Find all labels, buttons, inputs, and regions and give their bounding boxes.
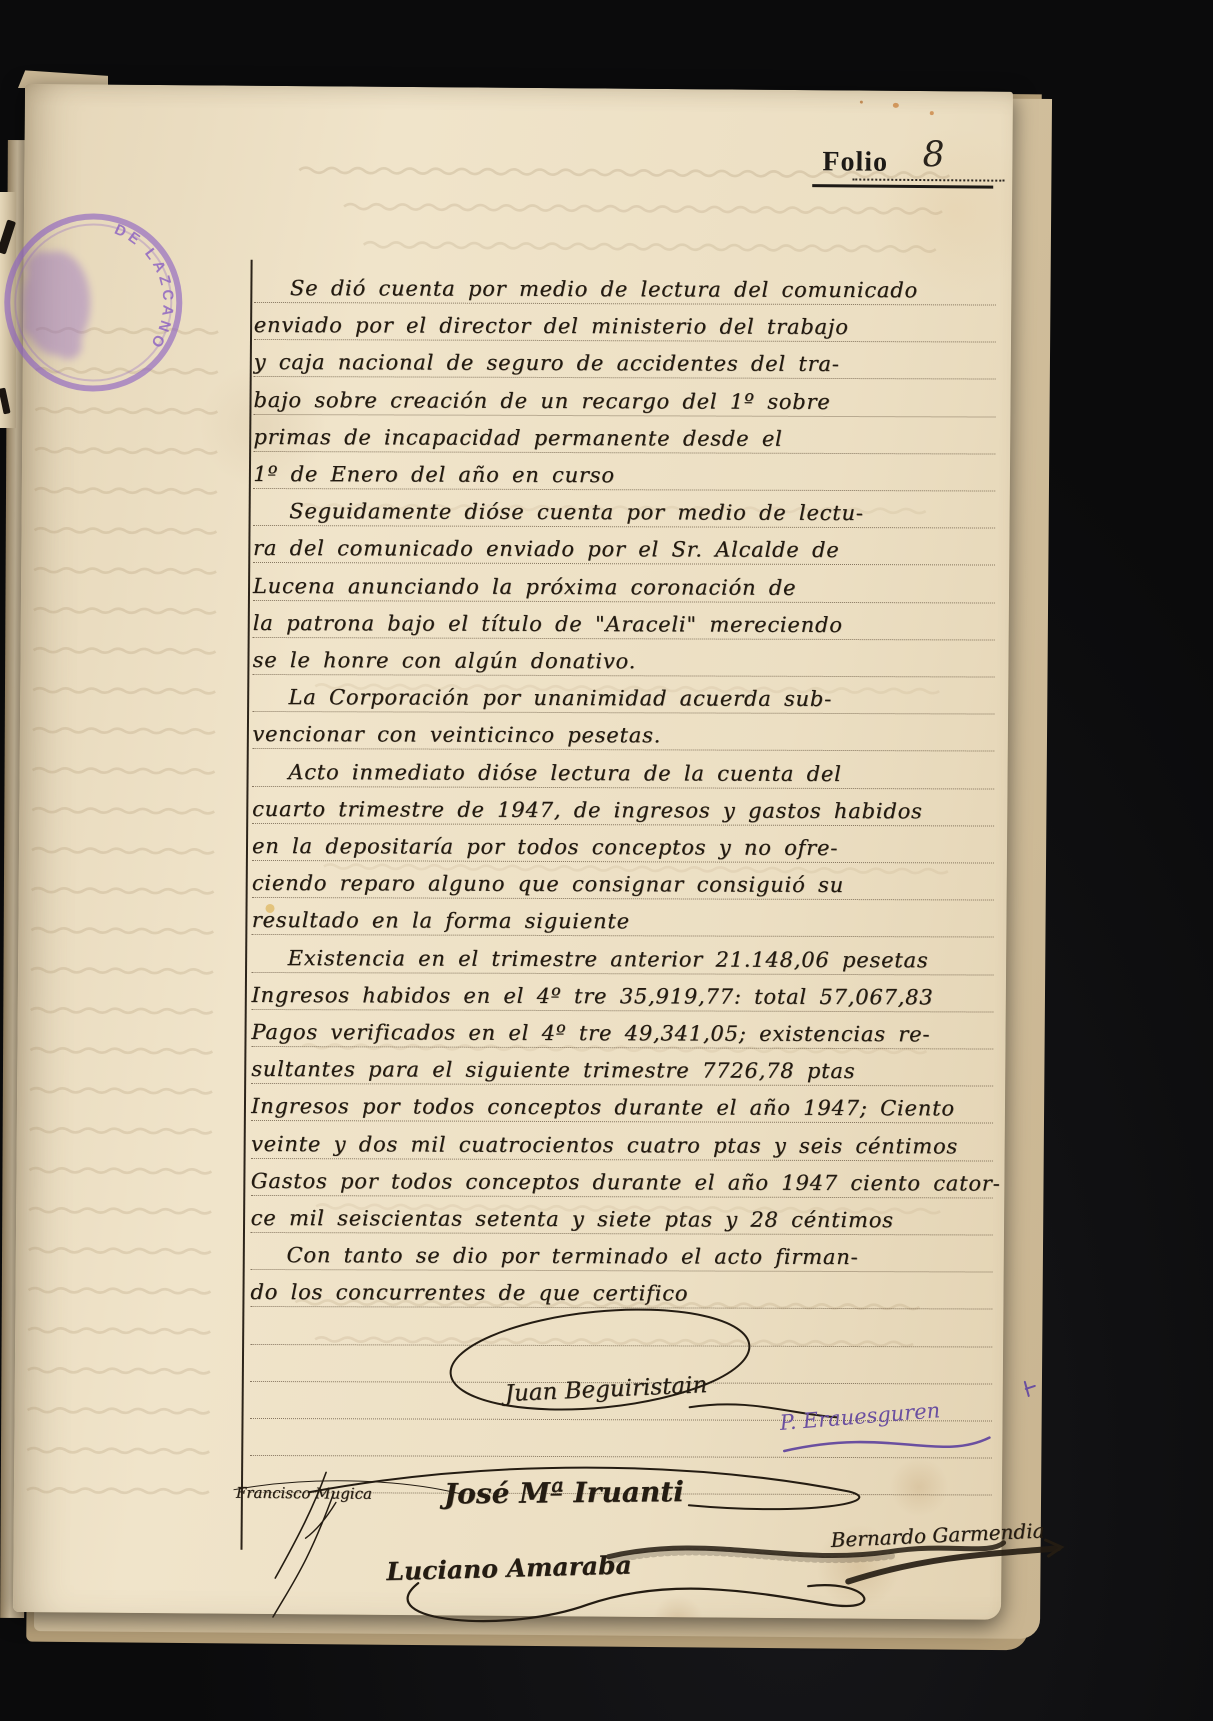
scan-background: Folio 8 DE LAZCANO Se dió cuenta por med — [0, 0, 1213, 1721]
signature-francisco-mugica: Francisco Mugica — [236, 1484, 372, 1503]
paper-stain — [860, 101, 863, 104]
paper-stain — [265, 904, 274, 913]
signature-loop — [446, 1297, 754, 1422]
ledger-page: Folio 8 DE LAZCANO Se dió cuenta por med — [13, 84, 1013, 1620]
paper-stain — [893, 103, 899, 108]
scanned-document: { "document": { "folio_label": "Folio", … — [0, 0, 1213, 1721]
paper-stain — [930, 111, 934, 115]
signature-jose-maria-iruanti: José Mª Iruanti — [444, 1475, 684, 1510]
